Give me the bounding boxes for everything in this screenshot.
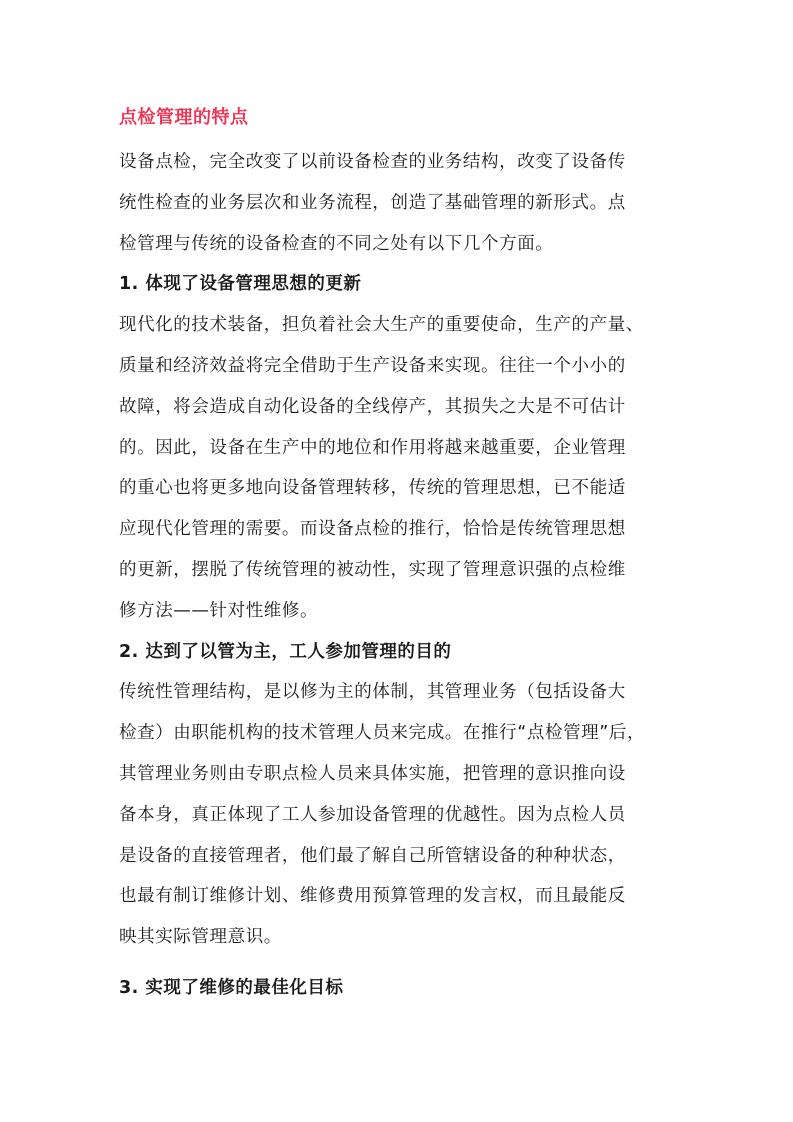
text-line: 的重心也将更多地向设备管理转移，传统的管理思想，已不能适 [119,468,679,509]
text-line: 现代化的技术装备，担负着社会大生产的重要使命，生产的产量、 [119,305,679,346]
text-line: 故障，将会造成自动化设备的全线停产，其损失之大是不可估计 [119,387,679,428]
intro-paragraph: 设备点检，完全改变了以前设备检查的业务结构，改变了设备传 统性检查的业务层次和业… [119,142,679,264]
section-heading-1: 1. 体现了设备管理思想的更新 [119,264,679,305]
text-line: 修方法——针对性维修。 [119,591,679,632]
text-line: 是设备的直接管理者，他们最了解自己所管辖设备的种种状态， [119,836,679,877]
text-line: 映其实际管理意识。 [119,917,679,958]
document-page: 点检管理的特点 设备点检，完全改变了以前设备检查的业务结构，改变了设备传 统性检… [119,102,679,1009]
text-line: 备本身，真正体现了工人参加设备管理的优越性。因为点检人员 [119,795,679,836]
section-paragraph-1: 现代化的技术装备，担负着社会大生产的重要使命，生产的产量、 质量和经济效益将完全… [119,305,679,631]
text-line: 也最有制订维修计划、维修费用预算管理的发言权，而且最能反 [119,876,679,917]
text-line: 质量和经济效益将完全借助于生产设备来实现。往往一个小小的 [119,346,679,387]
text-line: 设备点检，完全改变了以前设备检查的业务结构，改变了设备传 [119,142,679,183]
section-paragraph-2: 传统性管理结构，是以修为主的体制，其管理业务（包括设备大 检查）由职能机构的技术… [119,672,679,958]
text-line: 检查）由职能机构的技术管理人员来完成。在推行“点检管理”后， [119,713,679,754]
section-heading-2: 2. 达到了以管为主，工人参加管理的目的 [119,632,679,673]
text-line: 的更新，摆脱了传统管理的被动性，实现了管理意识强的点检维 [119,550,679,591]
document-title: 点检管理的特点 [119,102,679,134]
text-line: 的。因此，设备在生产中的地位和作用将越来越重要，企业管理 [119,428,679,469]
text-line: 其管理业务则由专职点检人员来具体实施，把管理的意识推向设 [119,754,679,795]
text-line: 传统性管理结构，是以修为主的体制，其管理业务（包括设备大 [119,672,679,713]
section-heading-3: 3. 实现了维修的最佳化目标 [119,968,679,1009]
text-line: 检管理与传统的设备检查的不同之处有以下几个方面。 [119,224,679,265]
text-line: 统性检查的业务层次和业务流程，创造了基础管理的新形式。点 [119,183,679,224]
text-line: 应现代化管理的需要。而设备点检的推行，恰恰是传统管理思想 [119,509,679,550]
